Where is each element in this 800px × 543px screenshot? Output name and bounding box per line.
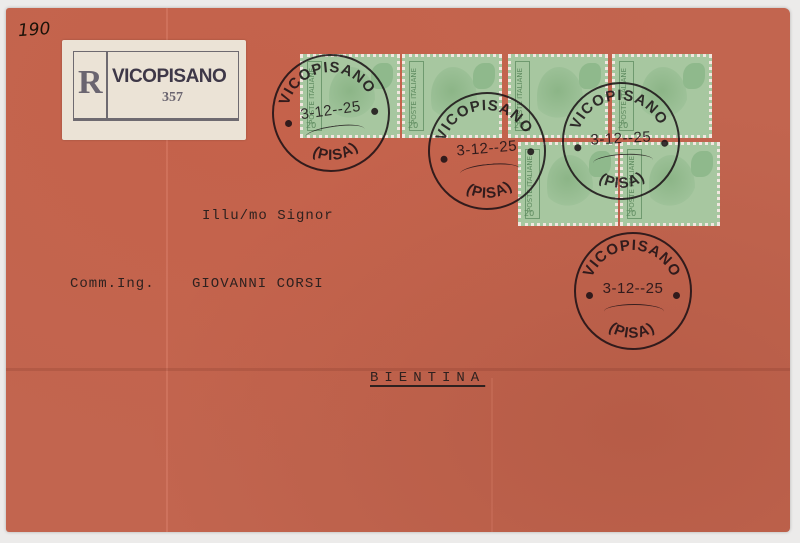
postmark: VICOPISANO(PISA)3-12--25 [423,87,551,215]
stamp-value: 20 [408,121,418,130]
addressee-name: GIOVANNI CORSI [192,276,324,292]
registration-frame: R VICOPISANO 357 [73,51,239,121]
postmark-dot [673,292,680,299]
svg-text:(PISA): (PISA) [595,168,648,194]
postmark-arc [604,304,664,319]
postmark: VICOPISANO(PISA)3-12--25 [264,46,397,179]
stamp-ornament [683,63,705,89]
stamp-ornament [473,63,495,89]
salutation: Illu/mo Signor [202,208,334,224]
envelope: 190 R VICOPISANO 357 POSTE ITALIANE20POS… [6,8,790,532]
postmark: VICOPISANO(PISA)3-12--25 [574,232,692,350]
registration-divider [106,52,108,118]
stamp-value: 20 [626,209,636,218]
addressee-title: Comm.Ing. [70,276,155,292]
fold-crease-lower [491,378,493,532]
destination-city: BIENTINA [370,370,485,386]
svg-text:VICOPISANO: VICOPISANO [565,84,671,132]
postmark-dot [586,292,593,299]
registration-letter: R [78,64,103,102]
svg-text:VICOPISANO: VICOPISANO [580,237,684,280]
stamp-ornament [691,151,713,177]
postmark: VICOPISANO(PISA)3-12--25 [559,79,683,203]
registration-number: 357 [162,90,183,106]
registration-office: VICOPISANO [112,66,226,88]
stamp-value: 20 [524,209,534,218]
pencil-note: 190 [17,19,51,41]
svg-text:(PISA): (PISA) [606,319,658,342]
registration-label: R VICOPISANO 357 [62,40,246,140]
svg-text:(PISA): (PISA) [462,177,516,204]
